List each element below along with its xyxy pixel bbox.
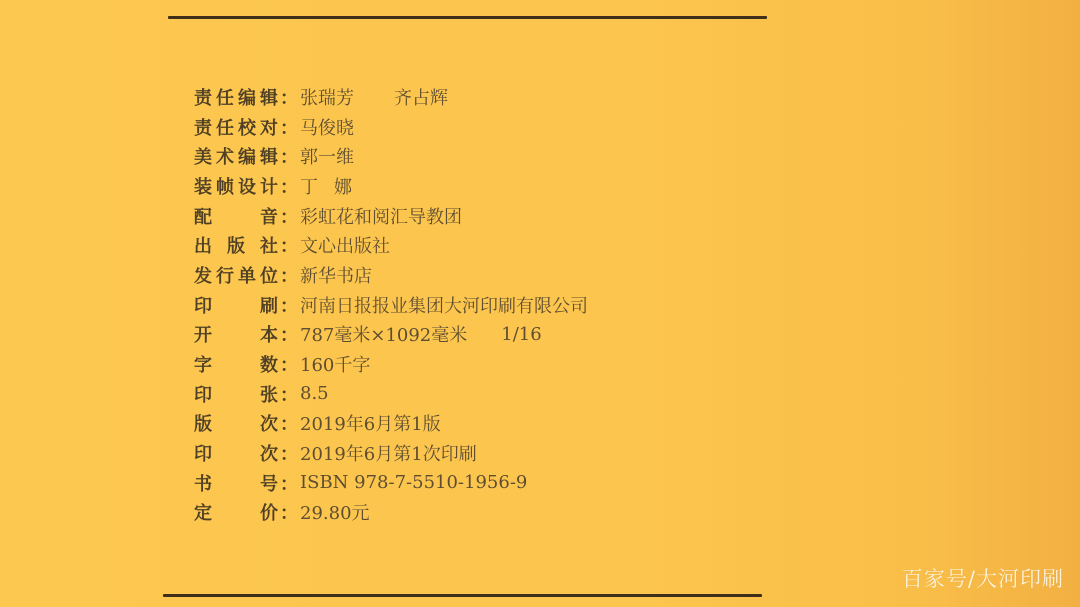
- colophon-row-printer: 印 刷 ： 河南日报报业集团大河印刷有限公司: [194, 290, 754, 320]
- label-char: 社: [260, 232, 278, 258]
- label-char: 版: [227, 232, 245, 258]
- label-char: 辑: [260, 143, 278, 169]
- row-value: 丁: [300, 173, 318, 199]
- row-value: 2019年6月第1次印刷: [300, 440, 477, 466]
- label-char: 开: [194, 321, 212, 347]
- label-char: 次: [260, 440, 278, 466]
- label-char: 配: [194, 203, 212, 229]
- label-char: 刷: [260, 292, 278, 318]
- row-label: 字 数: [194, 351, 278, 377]
- label-char: 字: [194, 351, 212, 377]
- row-value-secondary: 1/16: [501, 324, 541, 345]
- row-colon: ：: [278, 203, 300, 229]
- label-char: 张: [260, 381, 278, 407]
- label-char: 印: [194, 292, 212, 318]
- label-char: 印: [194, 440, 212, 466]
- label-char: 责: [194, 114, 212, 140]
- row-value: 彩虹花和阅汇导教团: [300, 203, 462, 229]
- label-char: 书: [194, 470, 212, 496]
- label-char: 帧: [216, 173, 234, 199]
- label-char: 发: [194, 262, 212, 288]
- row-value: 新华书店: [300, 262, 372, 288]
- colophon-row-editor: 责 任 编 辑 ： 张瑞芳 齐占辉: [194, 82, 754, 112]
- row-value-secondary: 娜: [334, 173, 352, 199]
- colophon-row-format: 开 本 ： 787毫米×1092毫米 1/16: [194, 320, 754, 350]
- colophon-row-dubbing: 配 音 ： 彩虹花和阅汇导教团: [194, 201, 754, 231]
- label-char: 对: [260, 114, 278, 140]
- colophon-row-proofreader: 责 任 校 对 ： 马俊晓: [194, 112, 754, 142]
- watermark: 百家号/大河印刷: [902, 563, 1064, 593]
- row-colon: ：: [278, 232, 300, 258]
- label-char: 印: [194, 381, 212, 407]
- label-char: 音: [260, 203, 278, 229]
- row-value: 2019年6月第1版: [300, 410, 441, 436]
- row-colon: ：: [278, 440, 300, 466]
- row-label: 定 价: [194, 499, 278, 525]
- colophon-row-art-editor: 美 术 编 辑 ： 郭一维: [194, 141, 754, 171]
- label-char: 任: [216, 84, 234, 110]
- row-value: 8.5: [300, 383, 329, 404]
- colophon-row-edition: 版 次 ： 2019年6月第1版: [194, 409, 754, 439]
- top-rule: [168, 16, 767, 19]
- row-label: 印 次: [194, 440, 278, 466]
- label-char: 价: [260, 499, 278, 525]
- label-char: 校: [238, 114, 256, 140]
- colophon-row-publisher: 出 版 社 ： 文心出版社: [194, 230, 754, 260]
- row-colon: ：: [278, 292, 300, 318]
- row-value: 河南日报报业集团大河印刷有限公司: [300, 292, 588, 318]
- row-colon: ：: [278, 84, 300, 110]
- row-value: 29.80元: [300, 499, 370, 525]
- row-colon: ：: [278, 173, 300, 199]
- row-label: 美 术 编 辑: [194, 143, 278, 169]
- row-colon: ：: [278, 470, 300, 496]
- row-label: 印 张: [194, 381, 278, 407]
- label-char: 数: [260, 351, 278, 377]
- colophon-row-word-count: 字 数 ： 160千字: [194, 349, 754, 379]
- label-char: 号: [260, 470, 278, 496]
- row-value: 文心出版社: [300, 232, 390, 258]
- label-char: 位: [260, 262, 278, 288]
- row-value: ISBN 978-7-5510-1956-9: [300, 472, 527, 493]
- label-char: 设: [238, 173, 256, 199]
- row-colon: ：: [278, 351, 300, 377]
- row-colon: ：: [278, 499, 300, 525]
- row-colon: ：: [278, 114, 300, 140]
- label-char: 术: [216, 143, 234, 169]
- colophon-row-distributor: 发 行 单 位 ： 新华书店: [194, 260, 754, 290]
- colophon-row-binding-design: 装 帧 设 计 ： 丁 娜: [194, 171, 754, 201]
- label-char: 编: [238, 143, 256, 169]
- row-label: 出 版 社: [194, 232, 278, 258]
- row-label: 版 次: [194, 410, 278, 436]
- label-char: 责: [194, 84, 212, 110]
- colophon-row-printed-sheets: 印 张 ： 8.5: [194, 379, 754, 409]
- row-colon: ：: [278, 410, 300, 436]
- colophon-block: 责 任 编 辑 ： 张瑞芳 齐占辉 责 任 校 对 ： 马俊晓 美: [194, 82, 754, 527]
- label-char: 装: [194, 173, 212, 199]
- label-char: 行: [216, 262, 234, 288]
- row-label: 发 行 单 位: [194, 262, 278, 288]
- row-label: 装 帧 设 计: [194, 173, 278, 199]
- label-char: 版: [194, 410, 212, 436]
- row-value: 马俊晓: [300, 114, 354, 140]
- label-char: 任: [216, 114, 234, 140]
- row-value-secondary: 齐占辉: [394, 84, 448, 110]
- row-value: 160千字: [300, 351, 370, 377]
- row-value: 郭一维: [300, 143, 354, 169]
- colophon-row-printing: 印 次 ： 2019年6月第1次印刷: [194, 438, 754, 468]
- row-label: 印 刷: [194, 292, 278, 318]
- row-value: 张瑞芳: [300, 84, 354, 110]
- label-char: 定: [194, 499, 212, 525]
- label-char: 计: [260, 173, 278, 199]
- label-char: 编: [238, 84, 256, 110]
- row-label: 配 音: [194, 203, 278, 229]
- label-char: 单: [238, 262, 256, 288]
- label-char: 辑: [260, 84, 278, 110]
- bottom-rule: [163, 594, 762, 597]
- row-label: 责 任 编 辑: [194, 84, 278, 110]
- row-value: 787毫米×1092毫米: [300, 321, 467, 347]
- label-char: 本: [260, 321, 278, 347]
- row-colon: ：: [278, 143, 300, 169]
- row-label: 责 任 校 对: [194, 114, 278, 140]
- label-char: 美: [194, 143, 212, 169]
- row-colon: ：: [278, 262, 300, 288]
- row-label: 开 本: [194, 321, 278, 347]
- label-char: 次: [260, 410, 278, 436]
- colophon-page: 责 任 编 辑 ： 张瑞芳 齐占辉 责 任 校 对 ： 马俊晓 美: [0, 0, 1080, 607]
- colophon-row-price: 定 价 ： 29.80元: [194, 498, 754, 528]
- label-char: 出: [194, 232, 212, 258]
- row-colon: ：: [278, 321, 300, 347]
- colophon-row-isbn: 书 号 ： ISBN 978-7-5510-1956-9: [194, 468, 754, 498]
- row-label: 书 号: [194, 470, 278, 496]
- row-colon: ：: [278, 381, 300, 407]
